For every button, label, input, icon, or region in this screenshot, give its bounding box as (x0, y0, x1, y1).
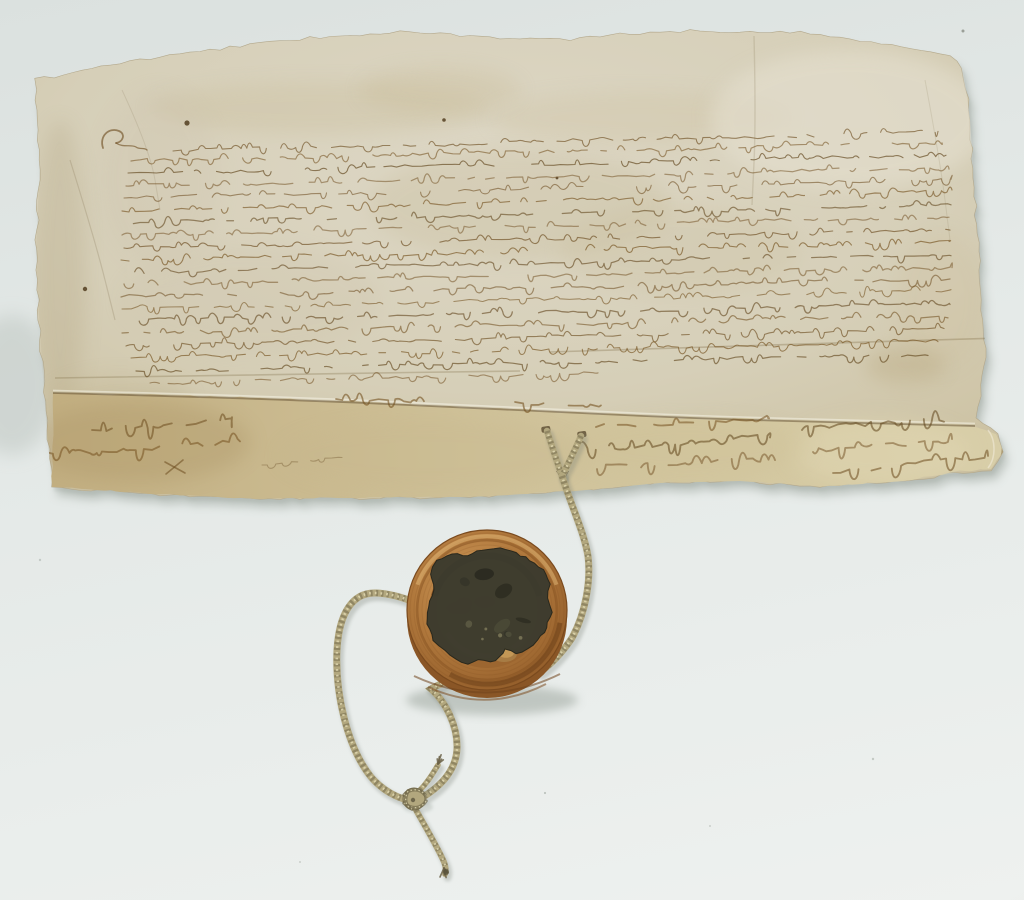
wax-seal-case (407, 530, 567, 700)
cord-knot-and-tail (403, 755, 449, 878)
charter-photo: Photograph of a mediaeval vellum charter… (0, 0, 1024, 900)
photo-scene: Photograph of a mediaeval vellum charter… (0, 0, 1024, 900)
